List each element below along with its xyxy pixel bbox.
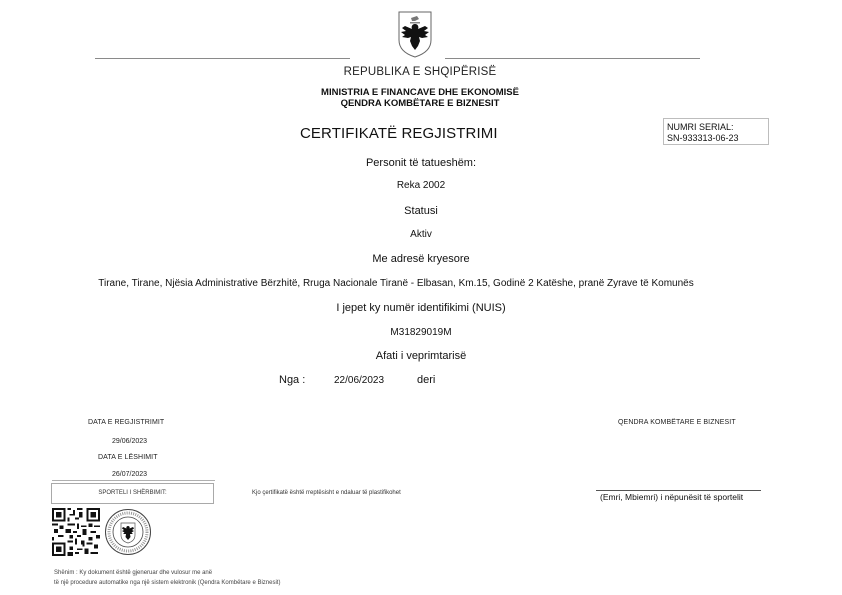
- note-line-2: të një procedure automatike nga një sist…: [54, 578, 280, 588]
- signature-line: [596, 490, 761, 491]
- certificate-title: CERTIFIKATË REGJISTRIMI: [300, 125, 498, 142]
- nuis-label: I jepet ky numër identifikimi (NUIS): [0, 302, 842, 314]
- address-value: Tirane, Tirane, Njësia Administrative Bë…: [0, 278, 792, 289]
- validity-to-label: deri: [417, 374, 435, 386]
- taxpayer-value: Reka 2002: [0, 180, 842, 191]
- validity-from-label: Nga :: [279, 374, 305, 386]
- validity-from-value: 22/06/2023: [334, 375, 384, 386]
- official-seal-icon: [104, 508, 152, 556]
- header-rule-right: [445, 58, 700, 59]
- status-value: Aktiv: [0, 229, 842, 240]
- ministry-heading: MINISTRIA E FINANCAVE DHE EKONOMISË QEND…: [250, 87, 590, 109]
- registration-date-label: DATA E REGJISTRIMIT: [88, 419, 164, 426]
- registration-date-value: 29/06/2023: [112, 438, 147, 445]
- issue-date-label: DATA E LËSHIMIT: [98, 454, 158, 461]
- note-line-1: Shënim : Ky dokument është gjeneruar dhe…: [54, 568, 280, 578]
- ministry-name: MINISTRIA E FINANCAVE DHE EKONOMISË: [250, 87, 590, 98]
- status-label: Statusi: [0, 205, 842, 217]
- agency-name: QENDRA KOMBËTARE E BIZNESIT: [250, 98, 590, 109]
- service-desk-box: SPORTELI I SHËRBIMIT:: [51, 483, 214, 504]
- albanian-coat-of-arms-icon: [397, 10, 433, 58]
- taxpayer-label: Personit të tatueshëm:: [0, 157, 842, 169]
- auto-generated-note: Shënim : Ky dokument është gjeneruar dhe…: [54, 568, 280, 588]
- serial-value: SN-933313-06-23: [667, 133, 768, 144]
- nuis-value: M31829019M: [0, 327, 842, 338]
- issue-date-value: 26/07/2023: [112, 471, 147, 478]
- serial-number-box: NUMRI SERIAL: SN-933313-06-23: [663, 118, 769, 145]
- service-desk-label: SPORTELI I SHËRBIMIT:: [98, 490, 166, 496]
- header-rule-left: [95, 58, 350, 59]
- country-name: REPUBLIKA E SHQIPËRISË: [270, 66, 570, 78]
- serial-label: NUMRI SERIAL:: [667, 122, 768, 133]
- signature-label: (Emri, Mbiemri) i nëpunësit të sportelit: [600, 492, 743, 502]
- plastic-notice: Kjo çertifikatë është rreptësisht e ndal…: [252, 490, 401, 496]
- qr-code-icon: [52, 508, 100, 556]
- address-label: Me adresë kryesore: [0, 253, 842, 265]
- issuer-label: QENDRA KOMBËTARE E BIZNESIT: [618, 419, 736, 426]
- issue-date-rule: [52, 480, 215, 481]
- validity-label: Afati i veprimtarisë: [0, 350, 842, 362]
